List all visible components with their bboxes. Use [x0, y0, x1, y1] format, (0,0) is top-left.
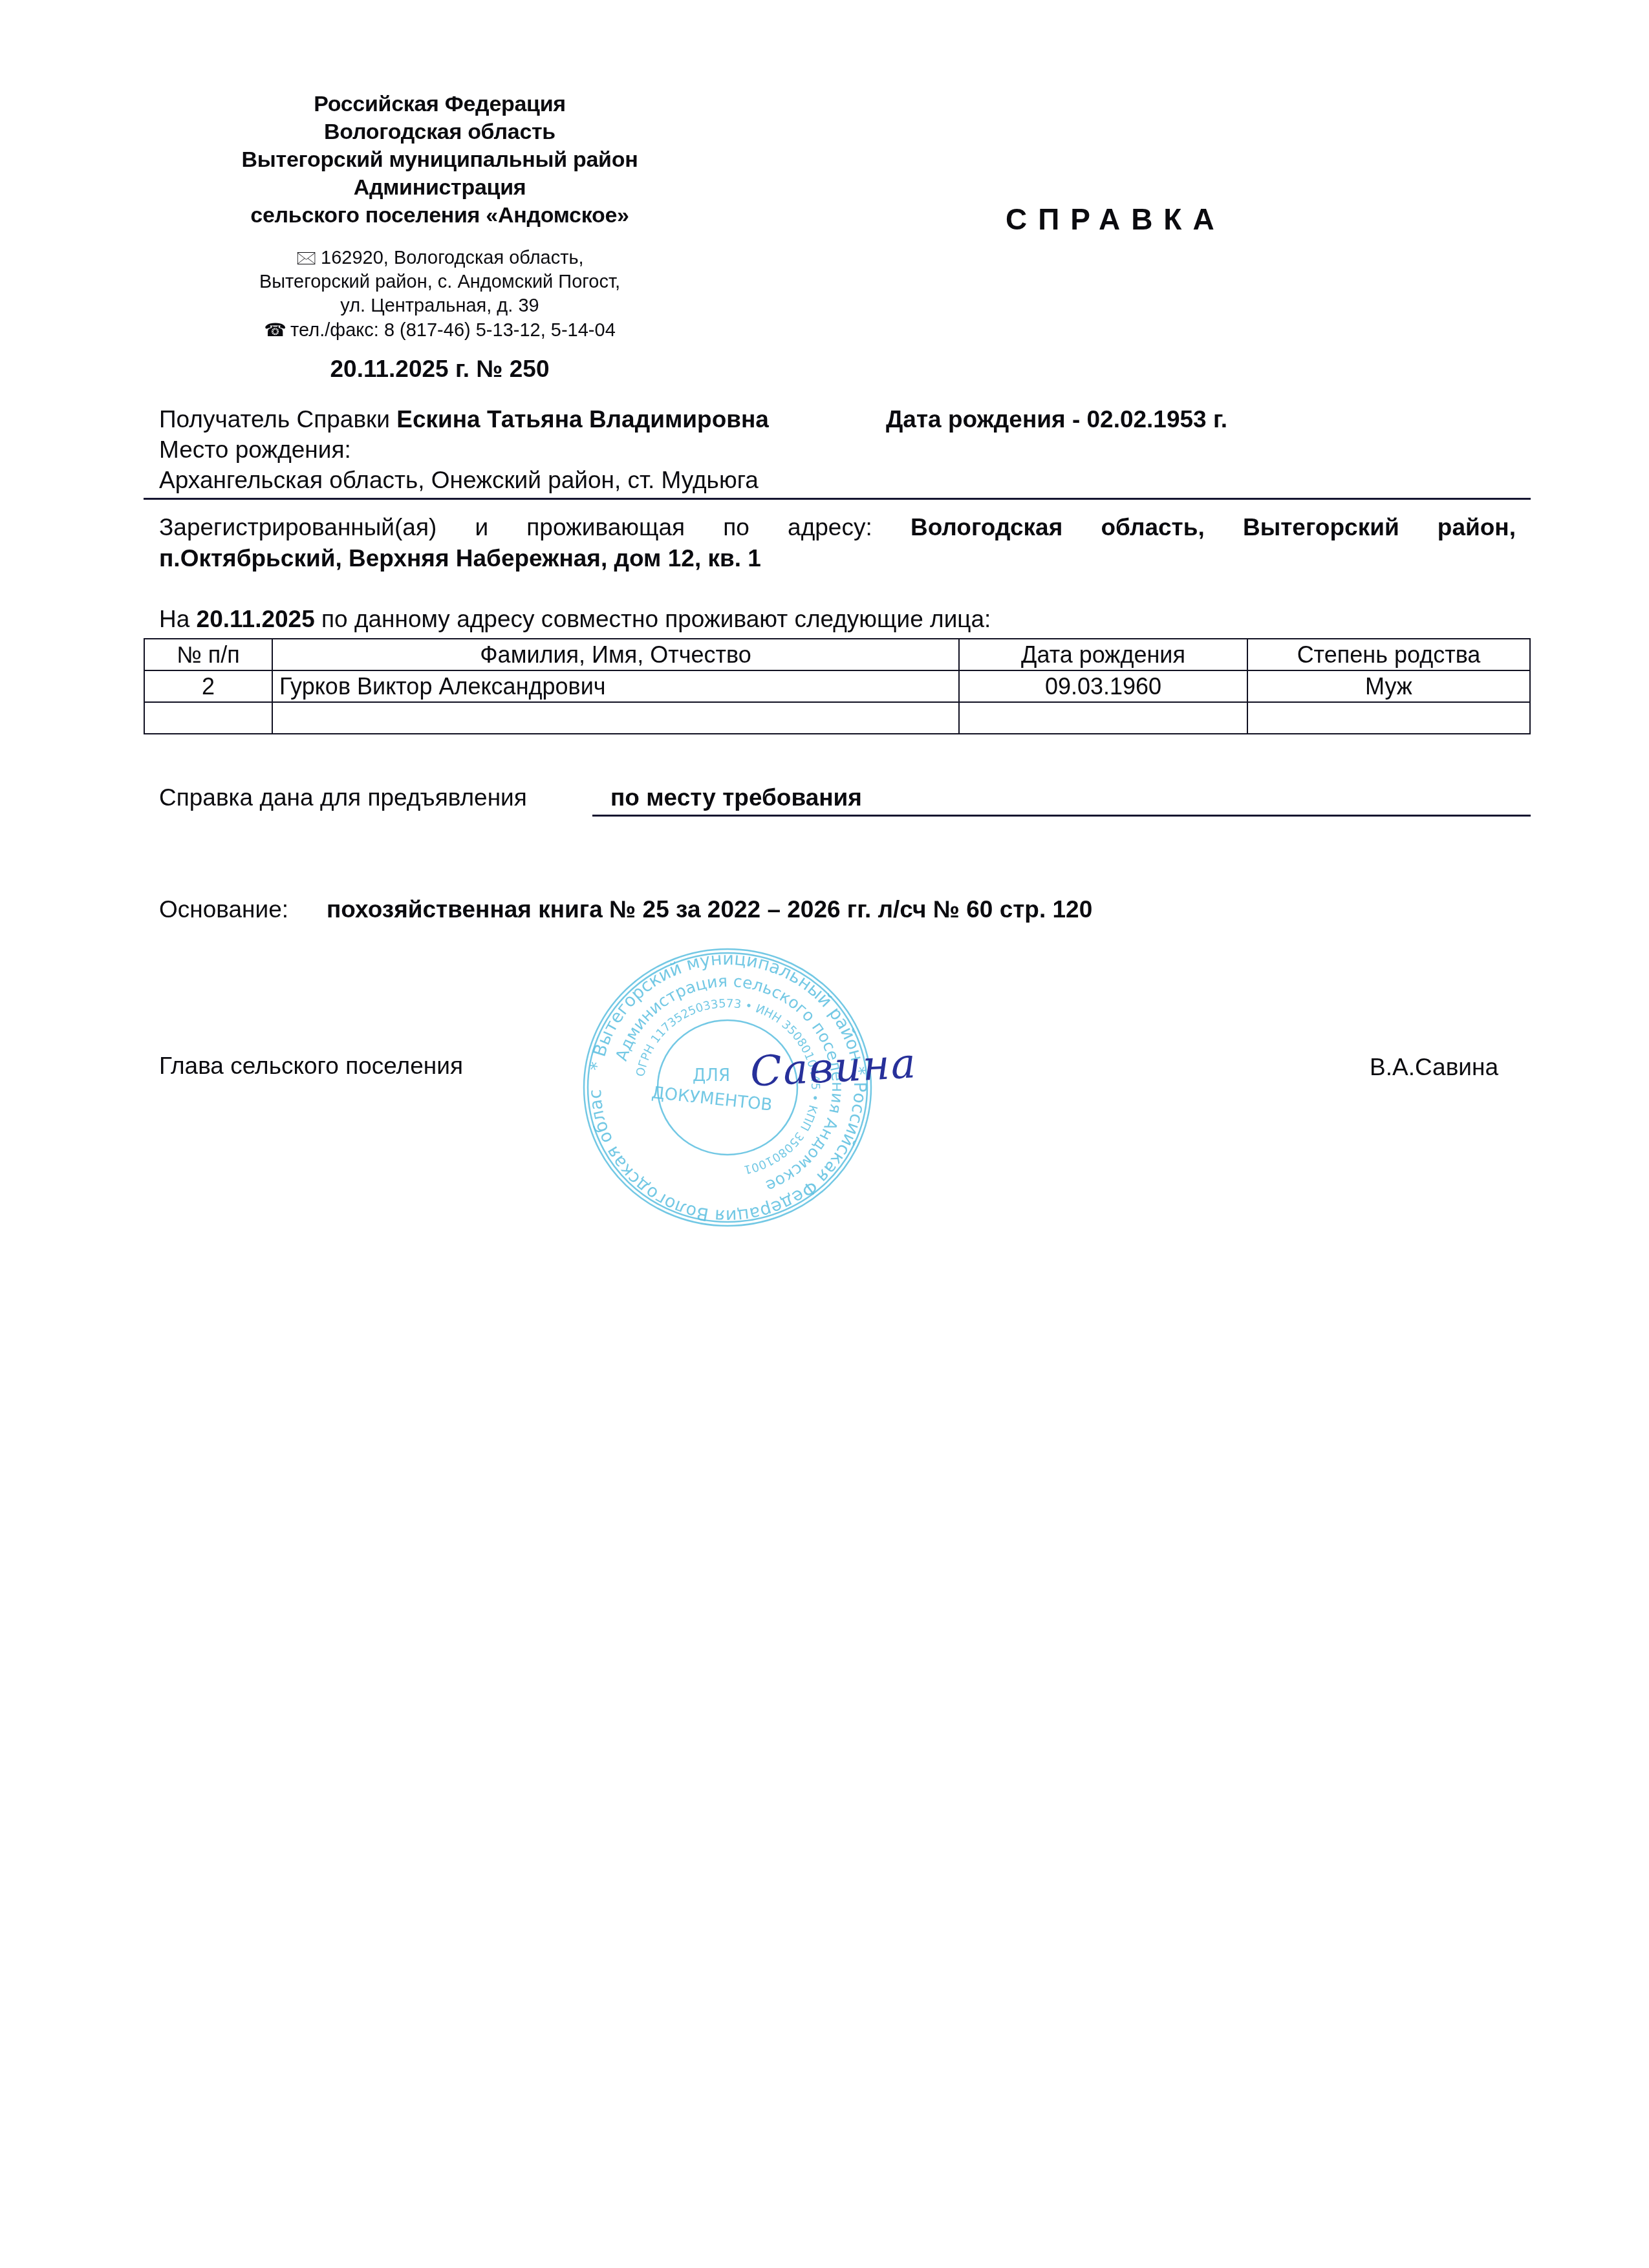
cell-birth-date: 09.03.1960 [959, 670, 1247, 702]
address-line-1: 162920, Вологодская область, [321, 248, 584, 268]
signatory-position: Глава сельского поселения [159, 1051, 463, 1082]
org-line-district: Вытегорский муниципальный район [194, 146, 685, 174]
org-line-settlement: сельского поселения «Андомское» [194, 202, 685, 230]
recipient-dob: Дата рождения - 02.02.1953 г. [886, 404, 1227, 435]
signatory-name: В.А.Савина [1370, 1052, 1498, 1083]
org-line-region: Вологодская область [194, 118, 685, 146]
organization-header: Российская Федерация Вологодская область… [194, 91, 685, 230]
birthplace-value: Архангельская область, Онежский район, с… [159, 465, 759, 496]
residents-intro-date: 20.11.2025 [197, 606, 315, 632]
recipient-label: Получатель Справки [159, 406, 390, 433]
address-line-2: Вытегорский район, с. Андомский Погост, [194, 270, 685, 294]
cell-number: 2 [144, 670, 272, 702]
table-row: 2 Гурков Виктор Александрович 09.03.1960… [144, 670, 1530, 702]
purpose-label: Справка дана для предъявления [159, 782, 527, 813]
birthplace-label: Место рождения: [159, 434, 351, 465]
stamp-center-line-1: ДЛЯ [693, 1066, 730, 1086]
column-header-birth-date: Дата рождения [959, 639, 1247, 670]
document-title: СПРАВКА [1006, 202, 1225, 237]
purpose-value: по месту требования [610, 782, 862, 813]
recipient-name: Ескина Татьяна Владимировна [396, 406, 769, 433]
divider-line [144, 498, 1531, 500]
cell-relation [1247, 702, 1530, 734]
registration-address-2: п.Октябрьский, Верхняя Набережная, дом 1… [159, 543, 761, 574]
handwritten-signature: Савина [749, 1040, 918, 1096]
document-date-number: 20.11.2025 г. № 250 [194, 356, 685, 383]
column-header-number: № п/п [144, 639, 272, 670]
residents-intro-prefix: На [159, 606, 189, 632]
registration-address-1: Вологодская область, Вытегорский район, [911, 514, 1516, 540]
address-line-3: ул. Центральная, д. 39 [194, 294, 685, 318]
recipient-line: Получатель Справки Ескина Татьяна Владим… [159, 404, 769, 435]
cell-number [144, 702, 272, 734]
org-line-country: Российская Федерация [194, 91, 685, 118]
residents-table: № п/п Фамилия, Имя, Отчество Дата рожден… [144, 638, 1531, 734]
basis-value: похозяйственная книга № 25 за 2022 – 202… [327, 894, 1092, 925]
column-header-full-name: Фамилия, Имя, Отчество [272, 639, 959, 670]
table-row [144, 702, 1530, 734]
column-header-relation: Степень родства [1247, 639, 1530, 670]
cell-relation: Муж [1247, 670, 1530, 702]
purpose-underline [592, 815, 1531, 817]
cell-birth-date [959, 702, 1247, 734]
cell-full-name [272, 702, 959, 734]
registration-line-1: Зарегистрированный(ая) и проживающая по … [159, 512, 1516, 543]
cell-full-name: Гурков Виктор Александрович [272, 670, 959, 702]
residents-intro: На 20.11.2025 по данному адресу совместн… [159, 604, 991, 635]
registration-label: Зарегистрированный(ая) и проживающая по … [159, 514, 872, 540]
phone-fax: тел./факс: 8 (817-46) 5-13-12, 5-14-04 [290, 320, 616, 341]
telephone-icon: ☎ [264, 320, 286, 340]
envelope-icon: 🖂 [296, 248, 317, 268]
table-header-row: № п/п Фамилия, Имя, Отчество Дата рожден… [144, 639, 1530, 670]
org-line-administration: Администрация [194, 174, 685, 202]
organization-address: 🖂162920, Вологодская область, Вытегорски… [194, 246, 685, 343]
residents-intro-suffix: по данному адресу совместно проживают сл… [321, 606, 991, 632]
basis-label: Основание: [159, 894, 288, 925]
